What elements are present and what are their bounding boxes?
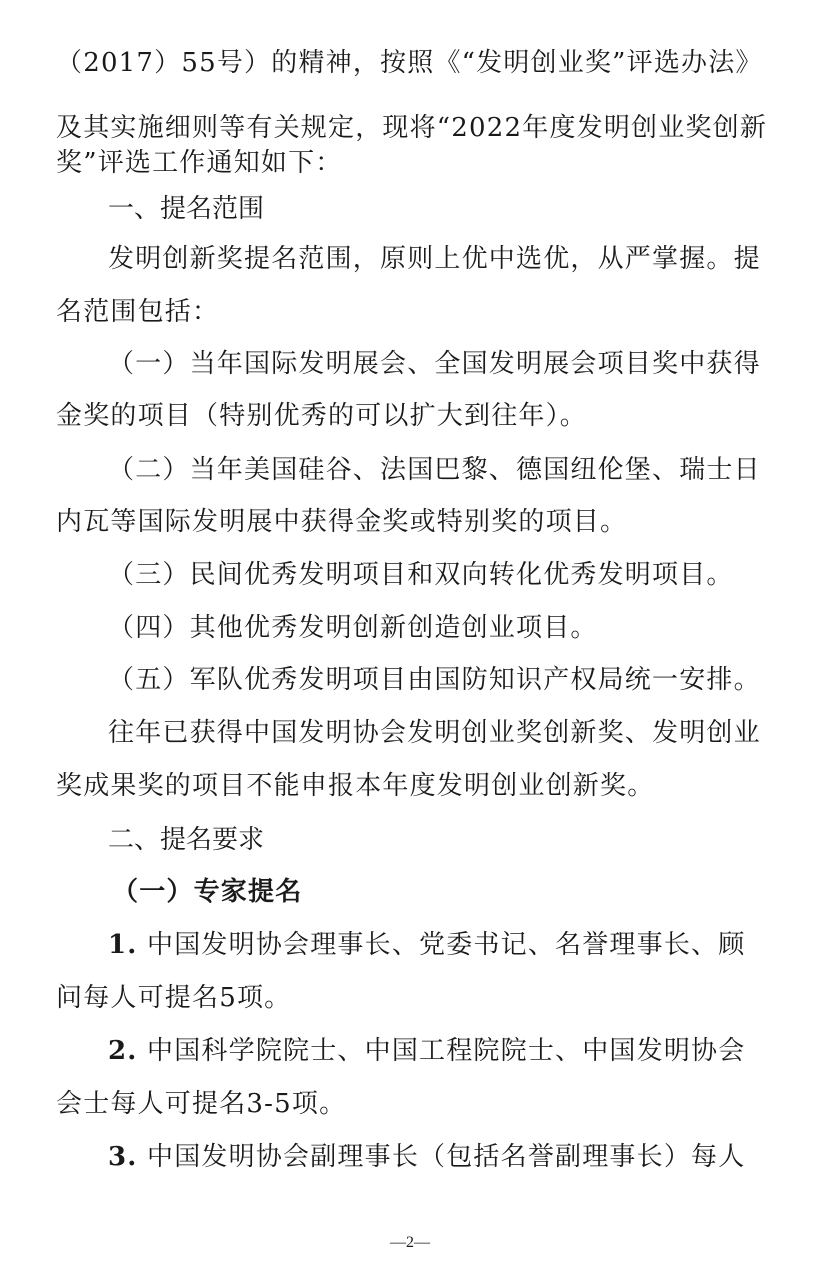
- section-heading-nomination-requirements: 二、提名要求: [108, 823, 818, 857]
- list-item-4: （四）其他优秀发明创新创造创业项目。: [108, 611, 818, 645]
- body-line: （2017）55号）的精神，按照《“发明创业奖”评选办法》: [56, 46, 766, 80]
- item-text: 中国科学院院士、中国工程院院士、中国发明协会: [147, 1036, 745, 1066]
- requirement-item-2-line1: 2. 中国科学院院士、中国工程院院士、中国发明协会: [108, 1034, 818, 1068]
- list-item-3: （三）民间优秀发明项目和双向转化优秀发明项目。: [108, 558, 818, 592]
- item-number: 2.: [108, 1036, 138, 1066]
- list-item-2-line1: （二）当年美国硅谷、法国巴黎、德国纽伦堡、瑞士日: [108, 453, 818, 487]
- list-item-1-line2: 金奖的项目（特别优秀的可以扩大到往年）。: [56, 399, 766, 433]
- section-heading-nomination-scope: 一、提名范围: [108, 192, 818, 226]
- body-line: 奖”评选工作通知如下：: [56, 146, 766, 180]
- body-line: 及其实施细则等有关规定，现将“2022年度发明创业奖创新: [56, 111, 766, 145]
- list-item-2-line2: 内瓦等国际发明展中获得金奖或特别奖的项目。: [56, 505, 766, 539]
- list-item-1-line1: （一）当年国际发明展会、全国发明展会项目奖中获得: [108, 347, 818, 381]
- item-number: 1.: [108, 930, 138, 960]
- requirement-item-1-line1: 1. 中国发明协会理事长、党委书记、名誉理事长、顾: [108, 928, 818, 962]
- document-page: （2017）55号）的精神，按照《“发明创业奖”评选办法》 及其实施细则等有关规…: [0, 0, 820, 1282]
- subheading-expert-nomination: （一）专家提名: [112, 875, 820, 909]
- item-text: 中国发明协会理事长、党委书记、名誉理事长、顾: [147, 930, 745, 960]
- item-number: 3.: [108, 1142, 138, 1172]
- paragraph-line: 名范围包括：: [56, 295, 766, 329]
- note-line2: 奖成果奖的项目不能申报本年度发明创业创新奖。: [56, 769, 766, 803]
- paragraph-line: 发明创新奖提名范围，原则上优中选优，从严掌握。提: [108, 242, 818, 276]
- requirement-item-2-line2: 会士每人可提名3-5项。: [56, 1087, 766, 1121]
- note-line1: 往年已获得中国发明协会发明创业奖创新奖、发明创业: [108, 716, 818, 750]
- item-text: 中国发明协会副理事长（包括名誉副理事长）每人: [147, 1142, 745, 1172]
- list-item-5: （五）军队优秀发明项目由国防知识产权局统一安排。: [108, 663, 818, 697]
- page-number: —2—: [0, 1233, 820, 1253]
- requirement-item-3-line1: 3. 中国发明协会副理事长（包括名誉副理事长）每人: [108, 1140, 818, 1174]
- requirement-item-1-line2: 问每人可提名5项。: [56, 981, 766, 1015]
